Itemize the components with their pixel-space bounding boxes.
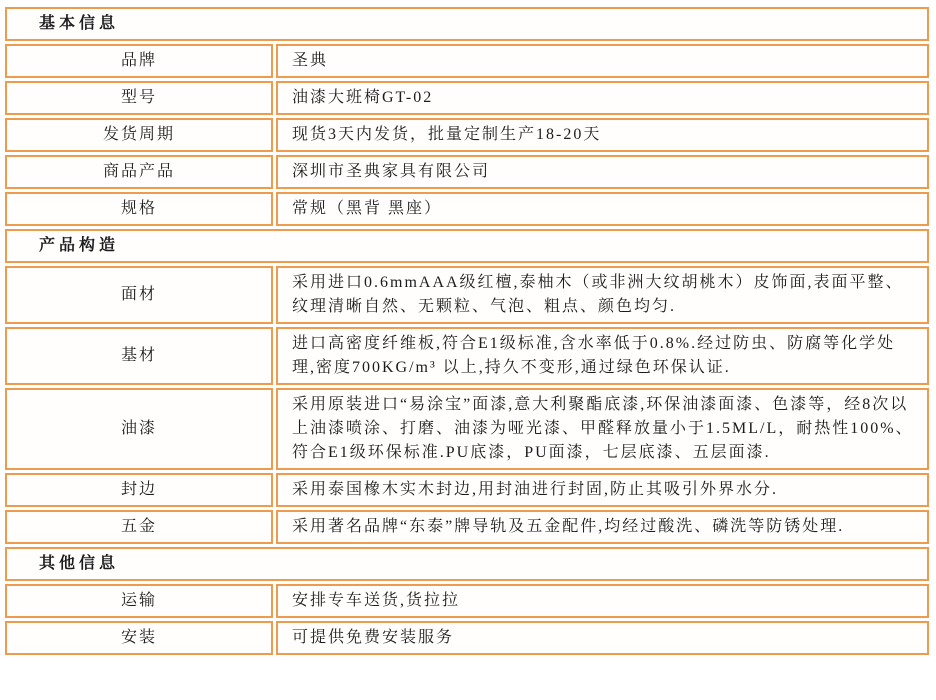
row-value-manufacturer: 深圳市圣典家具有限公司 — [276, 155, 929, 189]
section-title-construction: 产品构造 — [5, 229, 929, 263]
row-value-surface-material: 采用进口0.6mmAAA级红檀,泰柚木（或非洲大纹胡桃木）皮饰面,表面平整、纹理… — [276, 266, 929, 324]
section-row-other-info: 其他信息 — [5, 547, 929, 581]
table-row-edge-banding: 封边 采用泰国橡木实木封边,用封油进行封固,防止其吸引外界水分. — [5, 473, 929, 507]
row-label-model: 型号 — [5, 81, 273, 115]
row-label-hardware: 五金 — [5, 510, 273, 544]
row-label-base-material: 基材 — [5, 327, 273, 385]
table-row-transport: 运输 安排专车送货,货拉拉 — [5, 584, 929, 618]
row-label-brand: 品牌 — [5, 44, 273, 78]
section-title-other-info: 其他信息 — [5, 547, 929, 581]
table-row-specification: 规格 常规（黑背 黑座） — [5, 192, 929, 226]
row-label-edge-banding: 封边 — [5, 473, 273, 507]
section-row-construction: 产品构造 — [5, 229, 929, 263]
row-value-brand: 圣典 — [276, 44, 929, 78]
table-row-delivery-cycle: 发货周期 现货3天内发货，批量定制生产18-20天 — [5, 118, 929, 152]
section-row-basic-info: 基本信息 — [5, 7, 929, 41]
row-label-surface-material: 面材 — [5, 266, 273, 324]
table-row-installation: 安装 可提供免费安装服务 — [5, 621, 929, 655]
table-row-model: 型号 油漆大班椅GT-02 — [5, 81, 929, 115]
table-row-hardware: 五金 采用著名品牌“东泰”牌导轨及五金配件,均经过酸洗、磷洗等防锈处理. — [5, 510, 929, 544]
row-label-installation: 安装 — [5, 621, 273, 655]
row-label-transport: 运输 — [5, 584, 273, 618]
section-title-basic-info: 基本信息 — [5, 7, 929, 41]
row-value-specification: 常规（黑背 黑座） — [276, 192, 929, 226]
table-row-surface-material: 面材 采用进口0.6mmAAA级红檀,泰柚木（或非洲大纹胡桃木）皮饰面,表面平整… — [5, 266, 929, 324]
row-value-delivery-cycle: 现货3天内发货，批量定制生产18-20天 — [276, 118, 929, 152]
table-row-brand: 品牌 圣典 — [5, 44, 929, 78]
row-value-base-material: 进口高密度纤维板,符合E1级标准,含水率低于0.8%.经过防虫、防腐等化学处理,… — [276, 327, 929, 385]
row-value-edge-banding: 采用泰国橡木实木封边,用封油进行封固,防止其吸引外界水分. — [276, 473, 929, 507]
table-row-paint: 油漆 采用原装进口“易涂宝”面漆,意大利聚酯底漆,环保油漆面漆、色漆等，经8次以… — [5, 388, 929, 470]
table-row-manufacturer: 商品产品 深圳市圣典家具有限公司 — [5, 155, 929, 189]
table-row-base-material: 基材 进口高密度纤维板,符合E1级标准,含水率低于0.8%.经过防虫、防腐等化学… — [5, 327, 929, 385]
product-spec-table: 基本信息 品牌 圣典 型号 油漆大班椅GT-02 发货周期 现货3天内发货，批量… — [2, 4, 932, 658]
row-label-specification: 规格 — [5, 192, 273, 226]
row-value-installation: 可提供免费安装服务 — [276, 621, 929, 655]
row-value-hardware: 采用著名品牌“东泰”牌导轨及五金配件,均经过酸洗、磷洗等防锈处理. — [276, 510, 929, 544]
row-label-paint: 油漆 — [5, 388, 273, 470]
row-value-model: 油漆大班椅GT-02 — [276, 81, 929, 115]
row-value-paint: 采用原装进口“易涂宝”面漆,意大利聚酯底漆,环保油漆面漆、色漆等，经8次以上油漆… — [276, 388, 929, 470]
row-value-transport: 安排专车送货,货拉拉 — [276, 584, 929, 618]
row-label-manufacturer: 商品产品 — [5, 155, 273, 189]
row-label-delivery-cycle: 发货周期 — [5, 118, 273, 152]
